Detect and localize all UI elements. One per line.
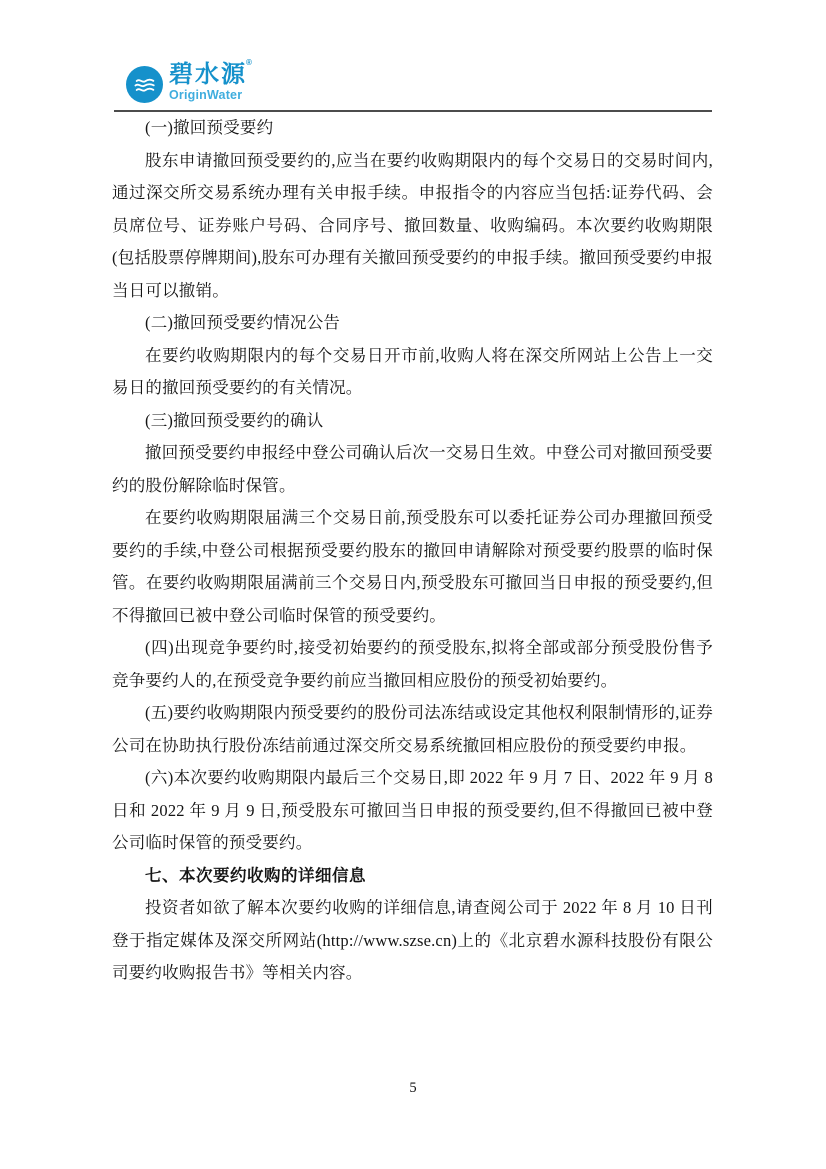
paragraph-announcement: 在要约收购期限内的每个交易日开市前,收购人将在深交所网站上公告上一交易日的撤回预… <box>112 340 713 405</box>
paragraph-last-three-days: (六)本次要约收购期限内最后三个交易日,即 2022 年 9 月 7 日、202… <box>112 762 713 860</box>
paragraph-custody-release: 在要约收购期限届满三个交易日前,预受股东可以委托证券公司办理撤回预受要约的手续,… <box>112 502 713 632</box>
originwater-waves-icon <box>126 66 163 103</box>
subsection-heading-confirmation: (三)撤回预受要约的确认 <box>112 405 713 438</box>
paragraph-confirmation: 撤回预受要约申报经中登公司确认后次一交易日生效。中登公司对撤回预受要约的股份解除… <box>112 437 713 502</box>
document-page: 碧水源® OriginWater (一)撤回预受要约 股东申请撤回预受要约的,应… <box>0 0 826 1169</box>
logo-text-column: 碧水源® OriginWater <box>169 62 253 102</box>
paragraph-withdrawal-procedure: 股东申请撤回预受要约的,应当在要约收购期限内的每个交易日的交易时间内,通过深交所… <box>112 145 713 308</box>
originwater-logo: 碧水源® OriginWater <box>126 62 253 103</box>
brand-name-en: OriginWater <box>169 89 253 102</box>
section-heading-detailed-info: 七、本次要约收购的详细信息 <box>112 860 713 893</box>
paragraph-competing-offer: (四)出现竞争要约时,接受初始要约的预受股东,拟将全部或部分预受股份售予竞争要约… <box>112 632 713 697</box>
brand-name-cn-text: 碧水源 <box>169 61 247 88</box>
paragraph-judicial-freeze: (五)要约收购期限内预受要约的股份司法冻结或设定其他权利限制情形的,证券公司在协… <box>112 697 713 762</box>
document-body: (一)撤回预受要约 股东申请撤回预受要约的,应当在要约收购期限内的每个交易日的交… <box>112 112 713 990</box>
subsection-heading-announcement: (二)撤回预受要约情况公告 <box>112 307 713 340</box>
brand-name-cn: 碧水源® <box>169 62 253 87</box>
paragraph-detailed-info: 投资者如欲了解本次要约收购的详细信息,请查阅公司于 2022 年 8 月 10 … <box>112 892 713 990</box>
page-number: 5 <box>0 1080 826 1097</box>
registered-trademark-mark: ® <box>246 58 252 67</box>
subsection-heading-withdrawal: (一)撤回预受要约 <box>112 112 713 145</box>
